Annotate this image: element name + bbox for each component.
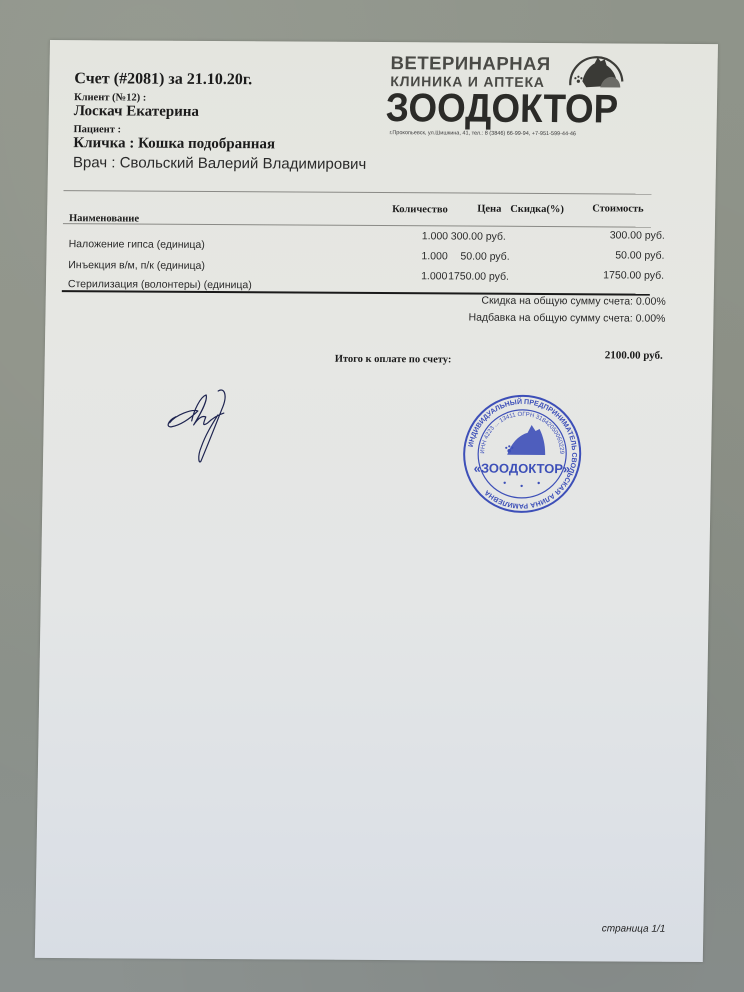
clinic-logo-line1: ВЕТЕРИНАРНАЯ	[390, 52, 550, 75]
total-label: Итого к оплате по счету:	[335, 354, 452, 366]
row-cost: 1750.00 руб.	[603, 269, 664, 281]
row-name: Стерилизация (волонтеры) (единица)	[68, 278, 252, 291]
col-header-qty: Количество	[392, 204, 448, 215]
invoice-title: Счет (#2081) за 21.10.20г.	[74, 70, 252, 89]
client-name: Лоскач Екатерина	[74, 103, 199, 121]
row-qty: 1.000	[422, 230, 448, 242]
row-qty: 1.000	[421, 270, 447, 282]
page-number: страница 1/1	[602, 923, 666, 934]
row-price: 50.00 руб.	[460, 251, 509, 263]
dog-cat-emblem-icon	[507, 425, 545, 455]
total-value: 2100.00 руб.	[605, 349, 663, 361]
invoice-sheet: Счет (#2081) за 21.10.20г. Клиент (№12) …	[35, 40, 718, 962]
dog-cat-emblem-icon	[564, 51, 627, 95]
table-top-rule	[63, 190, 651, 195]
table-header-rule	[63, 223, 651, 228]
col-header-price: Цена	[477, 204, 501, 215]
col-header-discount: Скидка(%)	[510, 204, 564, 215]
handwritten-signature-icon	[161, 381, 242, 471]
row-qty: 1.000	[421, 250, 447, 262]
row-name: Наложение гипса (единица)	[69, 238, 205, 251]
row-cost: 50.00 руб.	[615, 249, 664, 261]
row-cost: 300.00 руб.	[610, 229, 665, 241]
doctor-name: Врач : Свольский Валерий Владимирович	[73, 154, 367, 173]
clinic-address: г.Прокопьевск, ул.Шишкина, 41, тел.: 8 (…	[389, 130, 576, 137]
row-name: Инъекция в/м, п/к (единица)	[68, 259, 205, 272]
patient-label: Пациент :	[73, 124, 121, 135]
row-price: 300.00 руб.	[451, 230, 506, 242]
discount-total: Скидка на общую сумму счета: 0.00%	[481, 295, 665, 308]
clinic-logo: ВЕТЕРИНАРНАЯ КЛИНИКА И АПТЕКА ЗООДОКТОР …	[381, 46, 663, 148]
pet-name: Кличка : Кошка подобранная	[73, 135, 275, 153]
col-header-cost: Стоимость	[592, 203, 644, 214]
clinic-stamp: ИНДИВИДУАЛЬНЫЙ ПРЕДПРИНИМАТЕЛЬ СВОЛЬСКАЯ…	[460, 393, 584, 516]
stamp-brand: «ЗООДОКТОР»	[474, 461, 571, 477]
client-label: Клиент (№12) :	[74, 92, 146, 103]
markup-total: Надбавка на общую сумму счета: 0.00%	[468, 312, 665, 325]
row-price: 1750.00 руб.	[448, 270, 509, 282]
